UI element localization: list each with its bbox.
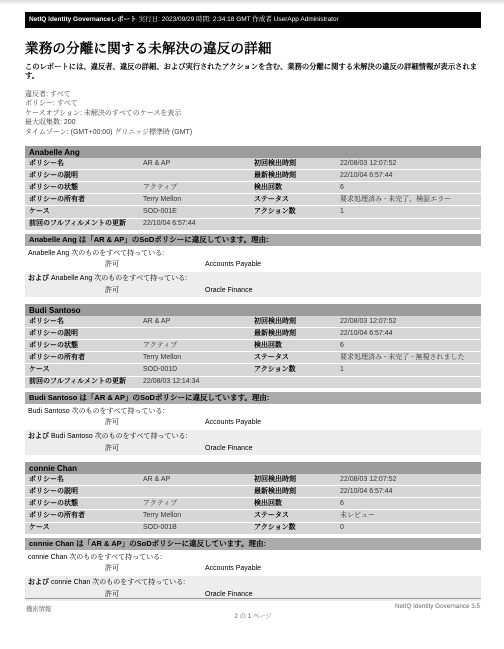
permission-label: 許可 (105, 444, 205, 453)
detail-row: ポリシーの状態 アクティブ 検出回数 6 (25, 182, 481, 194)
detail-row: ポリシーの所有者 Terry Mellon ステータス 要求処理済み - 未完了… (25, 194, 481, 206)
violation-reason-header: Anabelle Ang は「AR & AP」のSoDポリシーに違反しています。… (25, 234, 481, 247)
policy-desc-label: ポリシーの説明 (25, 330, 143, 339)
policy-name-label: ポリシー名 (25, 318, 143, 327)
detections-label: 検出回数 (254, 342, 340, 351)
case-label: ケース (25, 524, 143, 533)
page-edge-artifact (0, 0, 504, 5)
detail-row: 前回のフルフィルメントの更新 22/08/03 12:14:34 (25, 377, 481, 389)
actions-label: アクション数 (254, 366, 340, 375)
policy-state-value: アクティブ (143, 342, 254, 351)
policy-owner-label: ポリシーの所有者 (25, 196, 143, 205)
last-detected-value: 22/10/04 6:57:44 (340, 330, 481, 339)
status-label: ステータス (254, 196, 340, 205)
reason-condition-text: connie Chan 次のものをすべて持っている: (25, 550, 481, 563)
violator-section: Anabelle Ang ポリシー名 AR & AP 初回検出時刻 22/08/… (25, 146, 481, 297)
permission-value: Oracle Finance (205, 286, 252, 295)
report-run-meta: 実行日: 2023/09/29 時間: 2:34:18 GMT 作成者 User… (139, 16, 339, 23)
policy-owner-label: ポリシーの所有者 (25, 512, 143, 521)
policy-owner-value: Terry Mellon (143, 196, 254, 205)
fulfillment-label: 前回のフルフィルメントの更新 (25, 220, 143, 229)
reason-holder-text: Anabelle Ang 次のものをすべて持っている: (51, 275, 187, 282)
policy-state-value: アクティブ (143, 500, 254, 509)
detail-row: ケース SOD-001B アクション数 0 (25, 523, 481, 535)
detail-row: ポリシーの説明 最新検出時刻 22/10/04 6:57:44 (25, 328, 481, 340)
report-header-bar: NetIQ Identity Governanceレポート実行日: 2023/0… (25, 12, 481, 28)
policy-state-label: ポリシーの状態 (25, 342, 143, 351)
first-detected-label: 初回検出時刻 (254, 476, 340, 485)
detections-value: 6 (340, 500, 481, 509)
filter-item-case-option: ケースオプション: 未解決のすべてのケースを表示 (25, 109, 481, 118)
policy-state-label: ポリシーの状態 (25, 184, 143, 193)
reason-condition-text: およびBudi Santoso 次のものをすべて持っている: (25, 430, 481, 443)
actions-value: 1 (340, 208, 481, 217)
fulfillment-value: 22/10/04 6:57:44 (143, 220, 254, 229)
actions-label: アクション数 (254, 524, 340, 533)
detections-label: 検出回数 (254, 184, 340, 193)
reason-block: およびAnabelle Ang 次のものをすべて持っている: 許可 Oracle… (25, 272, 481, 298)
footer-page-number: 2 の 1 ページ (25, 611, 481, 620)
detail-row: ケース SOD-001D アクション数 1 (25, 364, 481, 376)
detail-row: ポリシーの説明 最新検出時刻 22/10/04 6:57:44 (25, 170, 481, 182)
detail-row: ポリシーの状態 アクティブ 検出回数 6 (25, 340, 481, 352)
filter-item-violators: 違反者: すべて (25, 90, 481, 99)
violator-name-header: Budi Santoso (25, 304, 481, 316)
reason-holder-text: Budi Santoso 次のものをすべて持っている: (51, 433, 187, 440)
and-prefix: および (28, 433, 49, 440)
reason-permission-row: 許可 Oracle Finance (25, 442, 481, 455)
case-label: ケース (25, 208, 143, 217)
violator-name-header: Anabelle Ang (25, 146, 481, 158)
violation-detail-table: ポリシー名 AR & AP 初回検出時刻 22/08/03 12:07:52 ポ… (25, 158, 481, 231)
detail-row: 前回のフルフィルメントの更新 22/10/04 6:57:44 (25, 219, 481, 231)
status-value: 要求処理済み - 未完了、検証エラー (340, 196, 481, 205)
last-detected-value: 22/10/04 6:57:44 (340, 488, 481, 497)
report-description: このレポートには、違反者、違反の詳細、および実行されたアクションを含む、業務の分… (25, 62, 481, 80)
first-detected-value: 22/08/03 12:07:52 (340, 476, 481, 485)
and-prefix: および (28, 275, 49, 282)
reason-permission-row: 許可 Oracle Finance (25, 284, 481, 297)
reason-condition-text: Anabelle Ang 次のものをすべて持っている: (25, 246, 481, 259)
reason-permission-row: 許可 Accounts Payable (25, 259, 481, 272)
report-title: 業務の分離に関する未解決の違反の詳細 (25, 37, 481, 57)
case-value: SOD-001D (143, 366, 254, 375)
permission-value: Accounts Payable (205, 564, 261, 573)
report-brand: NetIQ Identity Governanceレポート (29, 16, 137, 23)
filter-item-max-collection: 最大収集数: 200 (25, 118, 481, 127)
permission-label: 許可 (105, 286, 205, 295)
policy-owner-label: ポリシーの所有者 (25, 354, 143, 363)
case-value: SOD-001E (143, 208, 254, 217)
violation-detail-table: ポリシー名 AR & AP 初回検出時刻 22/08/03 12:07:52 ポ… (25, 474, 481, 534)
case-value: SOD-001B (143, 524, 254, 533)
violation-reason-header: Budi Santoso は「AR & AP」のSoDポリシーに違反しています。… (25, 392, 481, 405)
fulfillment-label: 前回のフルフィルメントの更新 (25, 378, 143, 387)
permission-label: 許可 (105, 418, 205, 427)
reason-holder-text: connie Chan 次のものをすべて持っている: (28, 554, 162, 561)
policy-desc-label: ポリシーの説明 (25, 172, 143, 181)
policy-desc-value (143, 330, 254, 339)
and-prefix: および (28, 579, 49, 586)
reason-holder-text: Anabelle Ang 次のものをすべて持っている: (28, 250, 164, 257)
permission-value: Accounts Payable (205, 260, 261, 269)
policy-state-label: ポリシーの状態 (25, 500, 143, 509)
policy-state-value: アクティブ (143, 184, 254, 193)
reason-block: およびBudi Santoso 次のものをすべて持っている: 許可 Oracle… (25, 430, 481, 456)
status-label: ステータス (254, 354, 340, 363)
policy-name-label: ポリシー名 (25, 160, 143, 169)
fulfillment-value: 22/08/03 12:14:34 (143, 378, 254, 387)
detail-row: ポリシーの所有者 Terry Mellon ステータス 未レビュー (25, 510, 481, 522)
permission-label: 許可 (105, 260, 205, 269)
detections-label: 検出回数 (254, 500, 340, 509)
reason-permission-row: 許可 Accounts Payable (25, 417, 481, 430)
reason-holder-text: connie Chan 次のものをすべて持っている: (51, 579, 185, 586)
policy-owner-value: Terry Mellon (143, 354, 254, 363)
policy-name-value: AR & AP (143, 160, 254, 169)
status-label: ステータス (254, 512, 340, 521)
reason-block: connie Chan 次のものをすべて持っている: 許可 Accounts P… (25, 550, 481, 576)
reason-condition-text: およびAnabelle Ang 次のものをすべて持っている: (25, 272, 481, 285)
first-detected-label: 初回検出時刻 (254, 160, 340, 169)
detections-value: 6 (340, 342, 481, 351)
reason-permission-row: 許可 Accounts Payable (25, 563, 481, 576)
last-detected-value: 22/10/04 6:57:44 (340, 172, 481, 181)
filter-item-policy: ポリシー: すべて (25, 99, 481, 108)
last-detected-label: 最新検出時刻 (254, 488, 340, 497)
reason-holder-text: Budi Santoso 次のものをすべて持っている: (28, 408, 164, 415)
filter-list: 違反者: すべて ポリシー: すべて ケースオプション: 未解決のすべてのケース… (25, 90, 481, 137)
violator-name-header: connie Chan (25, 462, 481, 474)
actions-value: 1 (340, 366, 481, 375)
status-value: 要求処理済み - 未完了 - 無視されました (340, 354, 481, 363)
policy-desc-label: ポリシーの説明 (25, 488, 143, 497)
policy-name-label: ポリシー名 (25, 476, 143, 485)
permission-label: 許可 (105, 564, 205, 573)
first-detected-value: 22/08/03 12:07:52 (340, 318, 481, 327)
detail-row: ポリシーの状態 アクティブ 検出回数 6 (25, 498, 481, 510)
violator-section: connie Chan ポリシー名 AR & AP 初回検出時刻 22/08/0… (25, 462, 481, 601)
detections-value: 6 (340, 184, 481, 193)
first-detected-value: 22/08/03 12:07:52 (340, 160, 481, 169)
permission-value: Oracle Finance (205, 444, 252, 453)
status-value: 未レビュー (340, 512, 481, 521)
actions-value: 0 (340, 524, 481, 533)
detail-row: ポリシー名 AR & AP 初回検出時刻 22/08/03 12:07:52 (25, 158, 481, 170)
detail-row: ポリシー名 AR & AP 初回検出時刻 22/08/03 12:07:52 (25, 316, 481, 328)
policy-desc-value (143, 488, 254, 497)
policy-name-value: AR & AP (143, 476, 254, 485)
detail-row: ポリシーの所有者 Terry Mellon ステータス 要求処理済み - 未完了… (25, 352, 481, 364)
reason-block: Anabelle Ang 次のものをすべて持っている: 許可 Accounts … (25, 246, 481, 272)
detail-row: ポリシー名 AR & AP 初回検出時刻 22/08/03 12:07:52 (25, 474, 481, 486)
reason-block: Budi Santoso 次のものをすべて持っている: 許可 Accounts … (25, 404, 481, 430)
policy-name-value: AR & AP (143, 318, 254, 327)
footer-product-version: NetIQ Identity Governance 3.5 (395, 603, 480, 610)
case-label: ケース (25, 366, 143, 375)
detail-row: ポリシーの説明 最新検出時刻 22/10/04 6:57:44 (25, 486, 481, 498)
report-content: NetIQ Identity Governanceレポート実行日: 2023/0… (25, 12, 481, 601)
reason-condition-text: Budi Santoso 次のものをすべて持っている: (25, 404, 481, 417)
first-detected-label: 初回検出時刻 (254, 318, 340, 327)
actions-label: アクション数 (254, 208, 340, 217)
reason-condition-text: およびconnie Chan 次のものをすべて持っている: (25, 576, 481, 589)
detail-row: ケース SOD-001E アクション数 1 (25, 206, 481, 218)
violator-section: Budi Santoso ポリシー名 AR & AP 初回検出時刻 22/08/… (25, 304, 481, 455)
policy-desc-value (143, 172, 254, 181)
permission-value: Accounts Payable (205, 418, 261, 427)
report-footer: 機密情報 2 の 1 ページ NetIQ Identity Governance… (25, 598, 481, 628)
last-detected-label: 最新検出時刻 (254, 172, 340, 181)
last-detected-label: 最新検出時刻 (254, 330, 340, 339)
policy-owner-value: Terry Mellon (143, 512, 254, 521)
violation-detail-table: ポリシー名 AR & AP 初回検出時刻 22/08/03 12:07:52 ポ… (25, 316, 481, 389)
report-page: { "page": { "header_bar": { "brand": "Ne… (0, 0, 504, 649)
filter-item-timezone: タイムゾーン: (GMT+00:00) グリニッジ標準時 (GMT) (25, 128, 481, 137)
violation-reason-header: connie Chan は「AR & AP」のSoDポリシーに違反しています。理… (25, 538, 481, 551)
